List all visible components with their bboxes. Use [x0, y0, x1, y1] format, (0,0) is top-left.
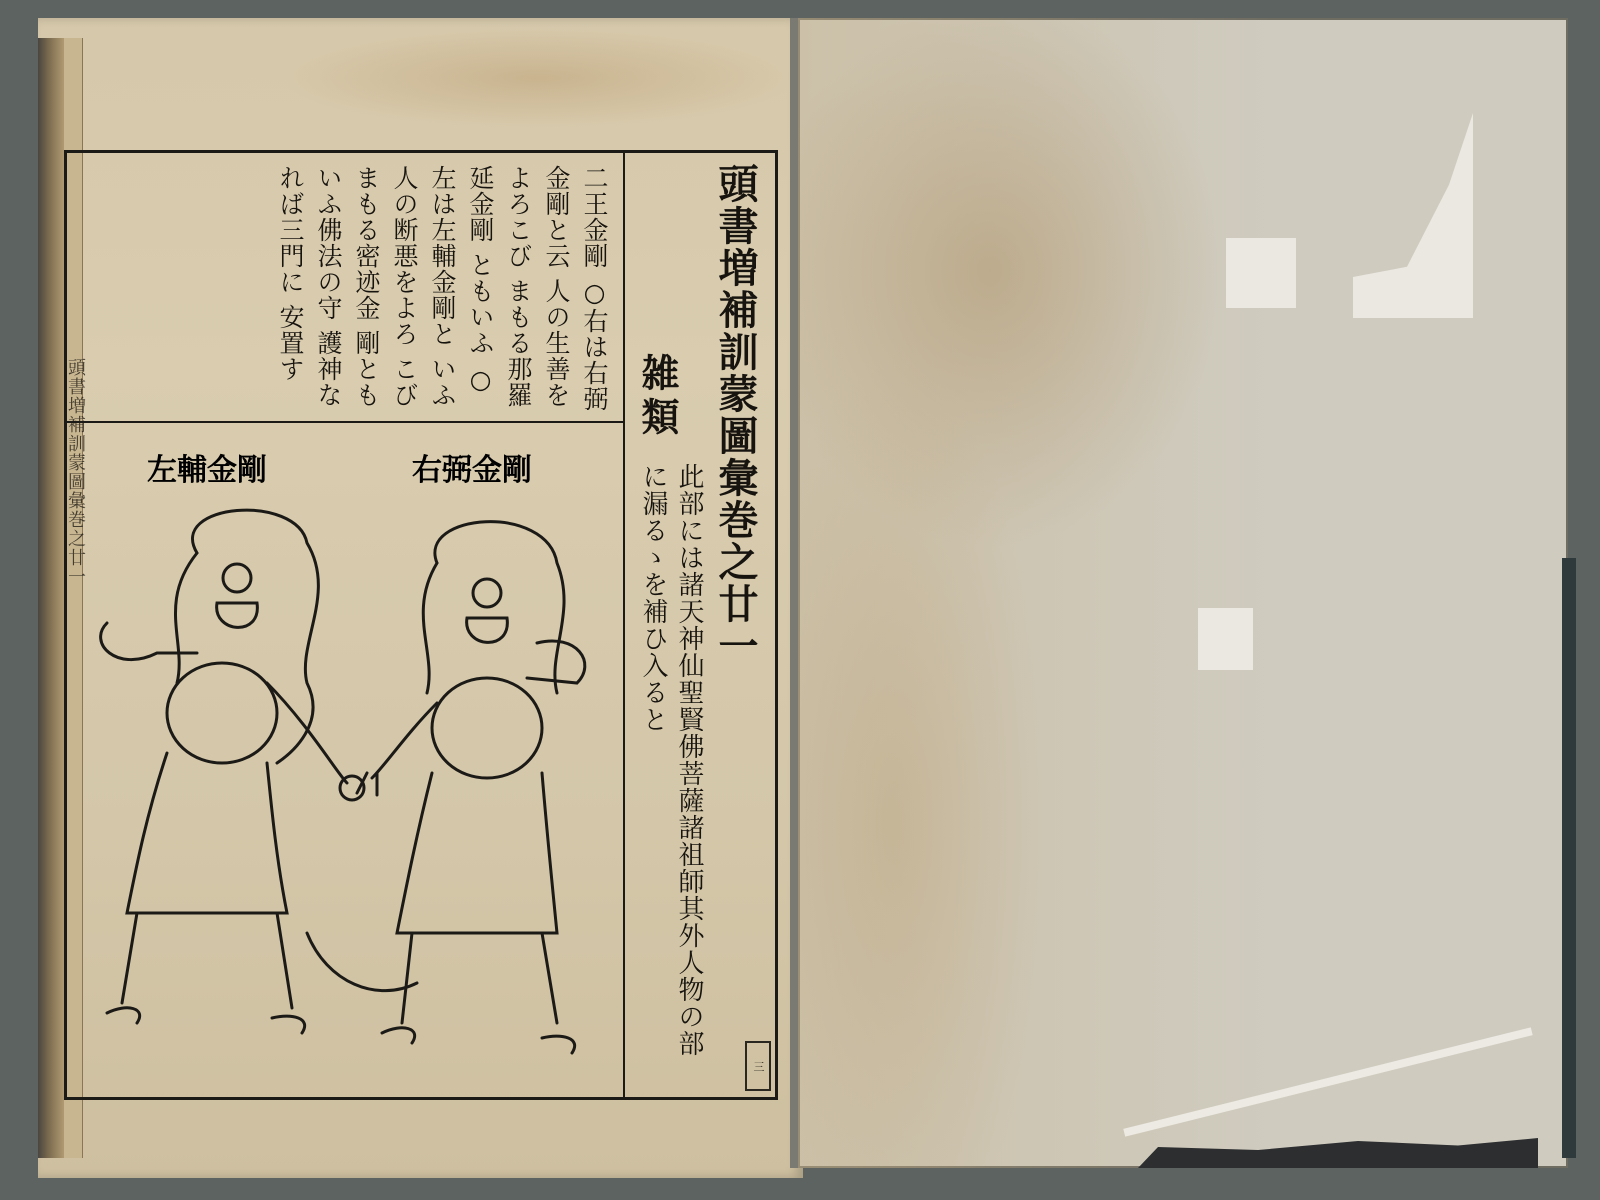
headnote-text: 二王金剛 ○右は右弼金剛と云 人の生善をよろこび まもる那羅延金剛 ともいふ ○…	[271, 165, 613, 415]
cover-binding-edge	[1562, 558, 1576, 1158]
water-stain	[278, 28, 798, 128]
left-page: 頭書増補訓蒙圖彙巻之廿一 頭書増補訓蒙圖彙巻之廿一 雑類 此部には諸天神仙聖賢佛…	[38, 18, 803, 1178]
open-book: 頭書増補訓蒙圖彙巻之廿一 頭書増補訓蒙圖彙巻之廿一 雑類 此部には諸天神仙聖賢佛…	[38, 18, 1560, 1178]
right-guardian-figure	[307, 522, 585, 1053]
page-number: 三	[745, 1041, 771, 1091]
paper-repair-patch	[1226, 238, 1296, 308]
paper-repair-patch	[1198, 608, 1253, 670]
cover-stain	[798, 18, 1278, 1168]
spine-strip	[38, 38, 64, 1158]
title-column: 頭書増補訓蒙圖彙巻之廿一 雑類 此部には諸天神仙聖賢佛菩薩諸祖師其外人物の部に漏…	[623, 153, 775, 1097]
left-guardian-figure	[101, 510, 364, 1033]
section-heading: 雑類	[630, 353, 685, 441]
nio-guardians-illustration	[77, 483, 617, 1083]
back-cover	[790, 18, 1568, 1168]
printed-frame: 頭書増補訓蒙圖彙巻之廿一 雑類 此部には諸天神仙聖賢佛菩薩諸祖師其外人物の部に漏…	[64, 150, 778, 1100]
paper-repair-patch	[1353, 113, 1473, 318]
volume-title: 頭書増補訓蒙圖彙巻之廿一	[715, 163, 755, 667]
section-intro: 此部には諸天神仙聖賢佛菩薩諸祖師其外人物の部に漏るゝを補ひ入ると	[635, 463, 707, 1063]
headnote-box: 二王金剛 ○右は右弼金剛と云 人の生善をよろこび まもる那羅延金剛 ともいふ ○…	[67, 153, 623, 423]
